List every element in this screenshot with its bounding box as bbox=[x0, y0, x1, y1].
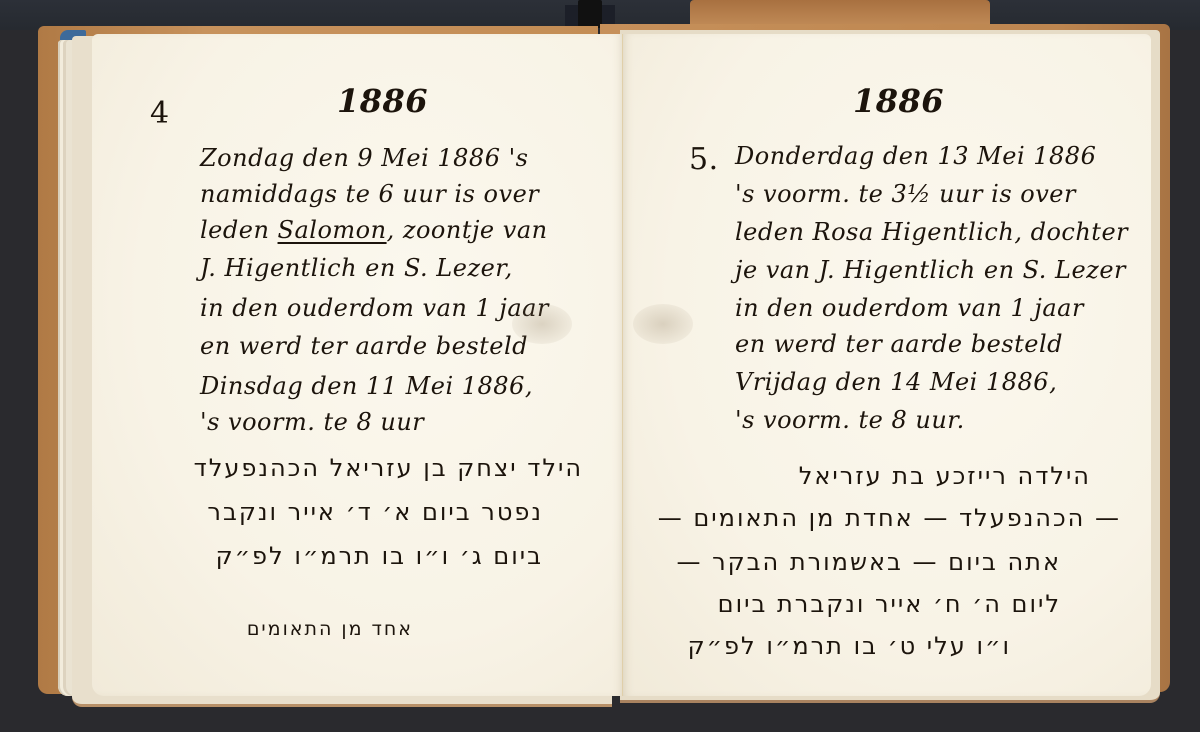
dutch-line: Vrijdag den 14 Mei 1886, bbox=[735, 368, 1057, 396]
dutch-line: J. Higentlich en S. Lezer, bbox=[200, 254, 513, 282]
dutch-line: 's voorm. te 8 uur bbox=[200, 408, 424, 436]
dutch-line: 's voorm. te 8 uur. bbox=[735, 406, 965, 434]
dutch-line: je van J. Higentlich en S. Lezer bbox=[735, 256, 1126, 284]
dutch-text: , zoontje van bbox=[387, 216, 548, 244]
dutch-line: namiddags te 6 uur is over bbox=[200, 180, 539, 208]
hebrew-line: ליום ה׳ ח׳ אייר ונקברת ביום bbox=[718, 590, 1061, 618]
right-page: 1886 5. Donderdag den 13 Mei 1886 's voo… bbox=[623, 34, 1151, 696]
hebrew-line: הילד יצחק בן עזריאל הכהנפעלד bbox=[194, 454, 583, 482]
dutch-line: leden Salomon, zoontje van bbox=[200, 216, 548, 244]
dutch-line: in den ouderdom van 1 jaar bbox=[735, 294, 1084, 322]
dutch-line: in den ouderdom van 1 jaar bbox=[200, 294, 549, 322]
hebrew-line: הילדה רייזכע בת עזריאל bbox=[799, 462, 1091, 490]
left-page: 4 1886 Zondag den 9 Mei 1886 's namiddag… bbox=[92, 34, 623, 696]
dutch-line: leden Rosa Higentlich, dochter bbox=[735, 218, 1128, 246]
hebrew-line: נפטר ביום א׳ ד׳ אייר ונקבר bbox=[207, 498, 543, 526]
year-heading: 1886 bbox=[853, 82, 944, 120]
entry-number: 4 bbox=[150, 96, 170, 131]
hebrew-line: אתה ביום — באשמורת הבקר — bbox=[676, 548, 1061, 576]
dutch-text: leden bbox=[200, 216, 278, 244]
dutch-line: Zondag den 9 Mei 1886 's bbox=[200, 144, 529, 172]
hebrew-line: ו״ו עלי ט׳ בו תרמ״ו לפ״ק bbox=[688, 632, 1011, 660]
display-stand-clip bbox=[578, 0, 602, 28]
hebrew-line: ביום ג׳ ו״ו בו תרמ״ו לפ״ק bbox=[216, 542, 543, 570]
hebrew-line: אחד מן התאומים bbox=[247, 618, 413, 640]
year-heading: 1886 bbox=[337, 82, 428, 120]
underlined-name: Salomon bbox=[278, 216, 387, 244]
entry-number: 5. bbox=[689, 142, 719, 177]
dutch-line: en werd ter aarde besteld bbox=[200, 332, 528, 360]
foxing-stain bbox=[512, 304, 572, 344]
dutch-line: Dinsdag den 11 Mei 1886, bbox=[200, 372, 533, 400]
dutch-line: Donderdag den 13 Mei 1886 bbox=[735, 142, 1096, 170]
dutch-line: 's voorm. te 3½ uur is over bbox=[735, 180, 1076, 208]
hebrew-line: — הכהנפעלד — אחדת מן התאומים — bbox=[658, 504, 1121, 532]
dutch-line: en werd ter aarde besteld bbox=[735, 330, 1063, 358]
foxing-stain bbox=[633, 304, 693, 344]
